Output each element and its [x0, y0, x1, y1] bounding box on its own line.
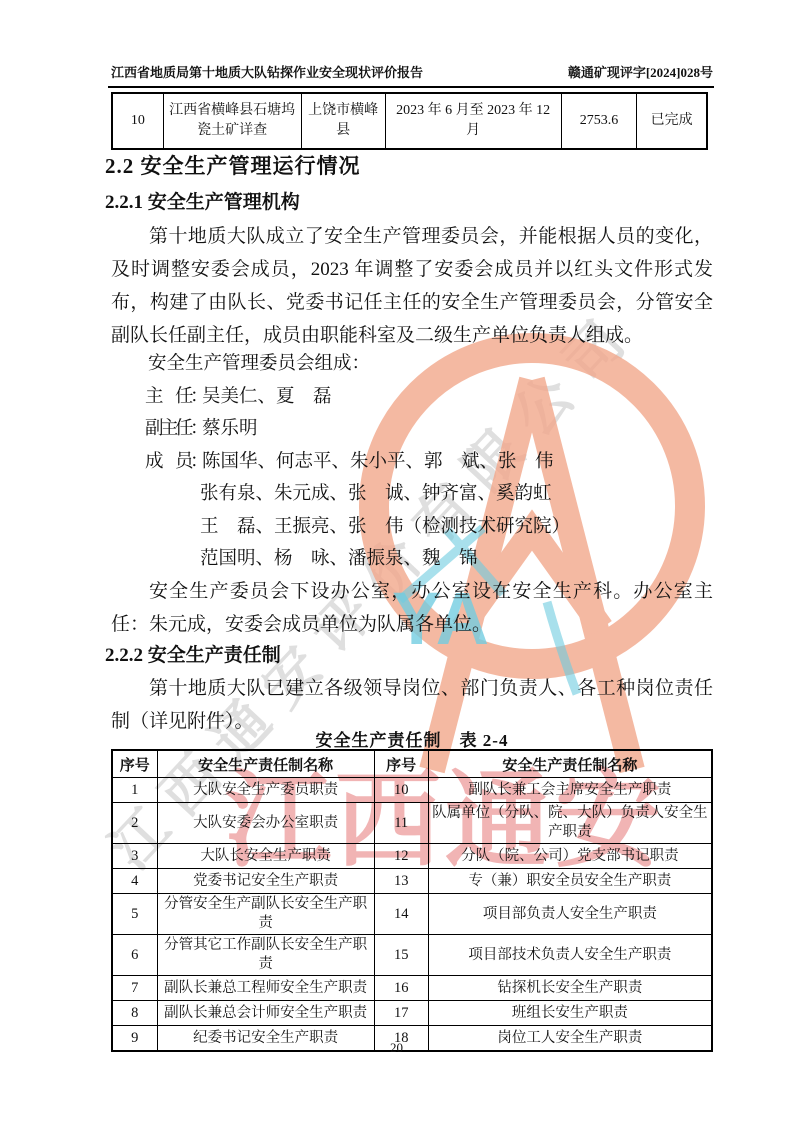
duty-table-header-row: 序号安全生产责任制名称序号安全生产责任制名称 — [112, 750, 712, 778]
duty-header-cell: 序号 — [112, 750, 157, 778]
duty-table-body: 1大队安全生产委员职责10副队长兼工会主席安全生产职责2大队安委会办公室职责11… — [112, 778, 712, 1052]
duty-cell: 1 — [112, 778, 157, 803]
duty-cell: 8 — [112, 1001, 157, 1026]
duty-cell: 13 — [374, 869, 428, 894]
duty-row: 3大队长安全生产职责12分队（院、公司）党支部书记职责 — [112, 844, 712, 869]
project-cell: 2023 年 6 月至 2023 年 12 月 — [385, 93, 561, 149]
duty-cell: 大队安委会办公室职责 — [157, 803, 374, 844]
duty-cell: 分管其它工作副队长安全生产职责 — [157, 935, 374, 976]
duty-cell: 5 — [112, 894, 157, 935]
project-cell: 已完成 — [637, 93, 707, 149]
committee-intro: 安全生产管理委员会组成： — [111, 348, 713, 381]
header-rule — [108, 86, 714, 88]
committee-names: 张有泉、朱元成、张 诚、钟齐富、奚韵虹 — [200, 484, 552, 504]
duty-row: 4党委书记安全生产职责13专（兼）职安全员安全生产职责 — [112, 869, 712, 894]
project-cell: 江西省横峰县石塘坞瓷土矿详查 — [163, 93, 301, 149]
committee-line: 副主任：蔡乐明 — [111, 413, 713, 446]
committee-role-label: 主 任： — [145, 381, 202, 414]
page-number: 20 — [0, 1040, 793, 1056]
duty-header-cell: 序号 — [374, 750, 428, 778]
committee-names: 吴美仁、夏 磊 — [202, 387, 332, 407]
committee-role-label: 副主任： — [145, 413, 202, 446]
duty-cell: 17 — [374, 1001, 428, 1026]
committee-role-label: 成 员： — [145, 446, 202, 479]
duty-cell: 6 — [112, 935, 157, 976]
document-page: 江西通安评价有限公司 YA 江西通安 江西省地质局第十地质大队钻探作业安全现状评… — [0, 0, 793, 1122]
duty-row: 6分管其它工作副队长安全生产职责15项目部技术负责人安全生产职责 — [112, 935, 712, 976]
duty-cell: 2 — [112, 803, 157, 844]
duty-cell: 分队（院、公司）党支部书记职责 — [428, 844, 712, 869]
duty-cell: 12 — [374, 844, 428, 869]
committee-names: 陈国华、何志平、朱小平、郭 斌、张 伟 — [202, 452, 554, 472]
duty-cell: 16 — [374, 976, 428, 1001]
duty-cell: 大队安全生产委员职责 — [157, 778, 374, 803]
committee-block: 安全生产管理委员会组成： 主 任：吴美仁、夏 磊副主任：蔡乐明成 员：陈国华、何… — [111, 348, 713, 576]
page-header: 江西省地质局第十地质大队钻探作业安全现状评价报告 赣通矿现评字[2024]028… — [111, 62, 713, 81]
header-doc-number: 赣通矿现评字[2024]028号 — [568, 62, 713, 81]
duty-cell: 4 — [112, 869, 157, 894]
project-table: 10江西省横峰县石塘坞瓷土矿详查上饶市横峰县2023 年 6 月至 2023 年… — [111, 92, 708, 150]
duty-cell: 10 — [374, 778, 428, 803]
duty-cell: 党委书记安全生产职责 — [157, 869, 374, 894]
committee-line: 王 磊、王振亮、张 伟（检测技术研究院） — [111, 511, 713, 544]
header-report-title: 江西省地质局第十地质大队钻探作业安全现状评价报告 — [111, 62, 423, 81]
duty-cell: 14 — [374, 894, 428, 935]
section-title-2-2-1: 2.2.1 安全生产管理机构 — [105, 187, 300, 214]
duty-header-cell: 安全生产责任制名称 — [157, 750, 374, 778]
committee-list: 主 任：吴美仁、夏 磊副主任：蔡乐明成 员：陈国华、何志平、朱小平、郭 斌、张 … — [111, 381, 713, 576]
duty-cell: 分管安全生产副队长安全生产职责 — [157, 894, 374, 935]
paragraph-committee-office: 安全生产委员会下设办公室，办公室设在安全生产科。办公室主任：朱元成，安委会成员单… — [111, 575, 713, 641]
committee-line: 成 员：陈国华、何志平、朱小平、郭 斌、张 伟 — [111, 446, 713, 479]
section-title-2-2: 2.2 安全生产管理运行情况 — [105, 150, 361, 180]
duty-cell: 项目部技术负责人安全生产职责 — [428, 935, 712, 976]
project-row: 10江西省横峰县石塘坞瓷土矿详查上饶市横峰县2023 年 6 月至 2023 年… — [112, 93, 707, 149]
duty-row: 2大队安委会办公室职责11队属单位（分队、院、大队）负责人安全生产职责 — [112, 803, 712, 844]
duty-cell: 7 — [112, 976, 157, 1001]
duty-header-cell: 安全生产责任制名称 — [428, 750, 712, 778]
duty-row: 8副队长兼总会计师安全生产职责17班组长安生产职责 — [112, 1001, 712, 1026]
committee-line: 范国明、杨 咏、潘振泉、魏 锦 — [111, 543, 713, 576]
duty-table: 序号安全生产责任制名称序号安全生产责任制名称 1大队安全生产委员职责10副队长兼… — [111, 749, 713, 1052]
duty-cell: 15 — [374, 935, 428, 976]
duty-cell: 专（兼）职安全员安全生产职责 — [428, 869, 712, 894]
committee-line: 主 任：吴美仁、夏 磊 — [111, 381, 713, 414]
duty-cell: 队属单位（分队、院、大队）负责人安全生产职责 — [428, 803, 712, 844]
project-cell: 上饶市横峰县 — [301, 93, 385, 149]
duty-table-title: 安全生产责任制 表 2-4 — [111, 726, 713, 751]
duty-cell: 项目部负责人安全生产职责 — [428, 894, 712, 935]
duty-cell: 11 — [374, 803, 428, 844]
duty-cell: 钻探机长安全生产职责 — [428, 976, 712, 1001]
duty-row: 7副队长兼总工程师安全生产职责16钻探机长安全生产职责 — [112, 976, 712, 1001]
duty-cell: 副队长兼工会主席安全生产职责 — [428, 778, 712, 803]
committee-names: 蔡乐明 — [202, 419, 258, 439]
project-cell: 2753.6 — [561, 93, 637, 149]
duty-cell: 3 — [112, 844, 157, 869]
section-title-2-2-2: 2.2.2 安全生产责任制 — [105, 640, 281, 667]
project-cell: 10 — [112, 93, 163, 149]
duty-cell: 副队长兼总工程师安全生产职责 — [157, 976, 374, 1001]
duty-cell: 班组长安生产职责 — [428, 1001, 712, 1026]
content-layer: 江西省地质局第十地质大队钻探作业安全现状评价报告 赣通矿现评字[2024]028… — [0, 0, 793, 1122]
committee-names: 王 磊、王振亮、张 伟（检测技术研究院） — [200, 517, 570, 537]
committee-line: 张有泉、朱元成、张 诚、钟齐富、奚韵虹 — [111, 478, 713, 511]
duty-cell: 大队长安全生产职责 — [157, 844, 374, 869]
duty-row: 1大队安全生产委员职责10副队长兼工会主席安全生产职责 — [112, 778, 712, 803]
paragraph-committee-setup: 第十地质大队成立了安全生产管理委员会，并能根据人员的变化，及时调整安委会成员，2… — [111, 220, 713, 352]
duty-row: 5分管安全生产副队长安全生产职责14项目部负责人安全生产职责 — [112, 894, 712, 935]
duty-cell: 副队长兼总会计师安全生产职责 — [157, 1001, 374, 1026]
committee-names: 范国明、杨 咏、潘振泉、魏 锦 — [200, 549, 478, 569]
